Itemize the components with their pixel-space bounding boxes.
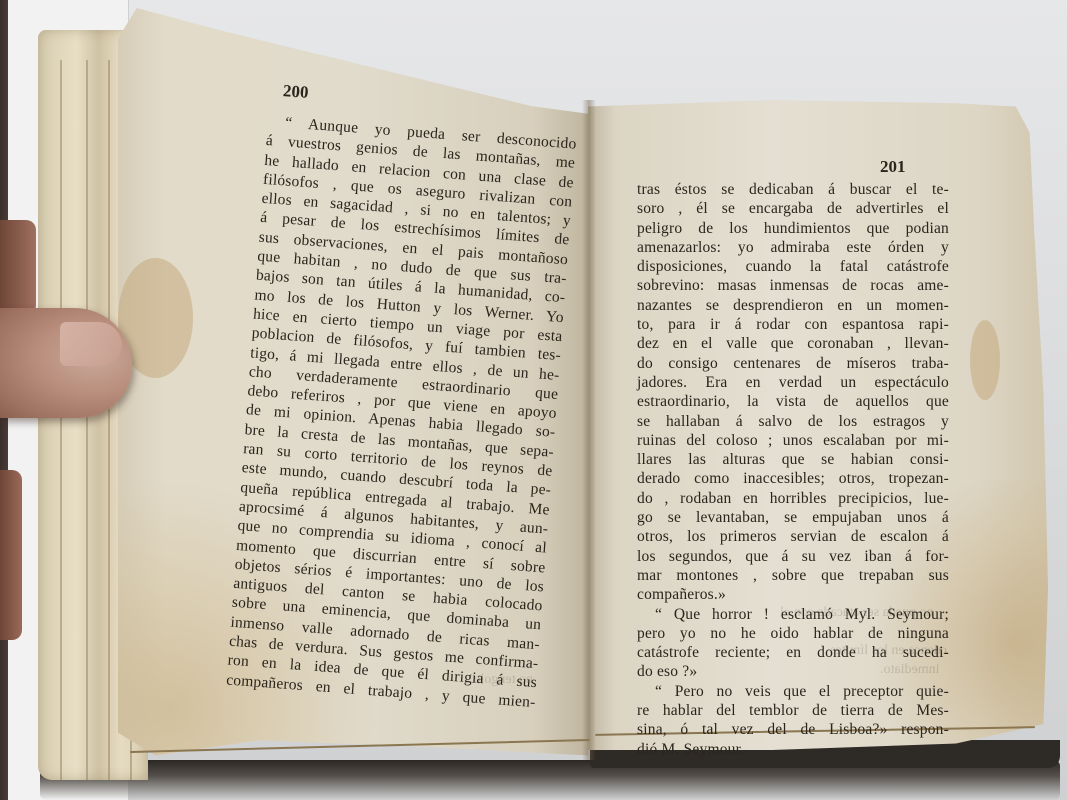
text-line: dez en el valle que coronaban , llevan-	[637, 334, 949, 353]
page-edge-line	[86, 60, 88, 780]
text-line: soro , él se encargaba de advertirles el	[637, 199, 949, 218]
text-line: “ Pero no veis que el preceptor quie-	[637, 682, 949, 701]
bleed-through-text: cuenca en los límites	[830, 643, 947, 659]
text-line: re hablar del temblor de tierra de Mes-	[637, 701, 949, 720]
text-line: go se levantaban, se empujaban unos á	[637, 508, 949, 527]
text-line: sina, ó tal vez del de Lisboa?» respon-	[637, 720, 949, 739]
text-line: sobrevino: masas inmensas de rocas ame-	[637, 276, 949, 295]
text-line: derado como inaccesibles; otros, tropeza…	[637, 469, 949, 488]
left-page-text: “ Aunque yo pueda ser desconocido á vues…	[226, 112, 578, 712]
photo-scene: 200 201 “ Aunque yo pueda ser desconocid…	[0, 0, 1067, 800]
text-line: peligro de los hundimientos que podian	[637, 219, 949, 238]
text-line: do , rodaban en horribles precipicios, l…	[637, 489, 949, 508]
text-line: pero yo no he oido hablar de ninguna	[637, 624, 949, 643]
text-line: do consigo centenares de míseros traba-	[637, 354, 949, 373]
text-line: jadores. Era en verdad un espectáculo	[637, 373, 949, 392]
water-stain	[970, 320, 1000, 400]
thumb	[0, 308, 132, 418]
finger	[0, 470, 22, 640]
text-line: otros, los primeros servian de escalon á	[637, 527, 949, 546]
text-line: se hallaban á salvo de los estragos y	[637, 412, 949, 431]
text-line: compañeros.»	[637, 585, 949, 604]
text-line: estraordinario, la vista de aquellos que	[637, 392, 949, 411]
text-line: nazantes se desprendieron en un momen-	[637, 296, 949, 315]
text-line: amenazarlos: yo admiraba este órden y	[637, 238, 949, 257]
thumbnail	[60, 322, 122, 366]
page-edge-line	[108, 60, 110, 780]
page-edge-line	[60, 60, 62, 780]
bleed-through-text: inmediato.	[880, 662, 940, 678]
text-line: ruinas del coloso ; unos escalaban por m…	[637, 431, 949, 450]
text-line: to, para ir á rodar con espantosa rapi-	[637, 315, 949, 334]
text-line: dió M. Seymour.	[637, 740, 949, 759]
bleed-through-text: no tengolo.	[470, 672, 533, 688]
page-number-right: 201	[880, 157, 906, 177]
text-line: disposiciones, cuando la fatal catástrof…	[637, 257, 949, 276]
text-line: llares las alturas que se habian consi-	[637, 450, 949, 469]
finger	[0, 220, 36, 315]
text-line: mar montones , sobre que trepaban sus	[637, 566, 949, 585]
text-line: tras éstos se dedicaban á buscar el te-	[637, 180, 949, 199]
book-gutter	[582, 100, 596, 760]
page-number-left: 200	[282, 81, 309, 103]
bleed-through-text: no pueda ser atacada con el	[780, 605, 934, 621]
text-line: los segundos, que á su vez iban á for-	[637, 547, 949, 566]
